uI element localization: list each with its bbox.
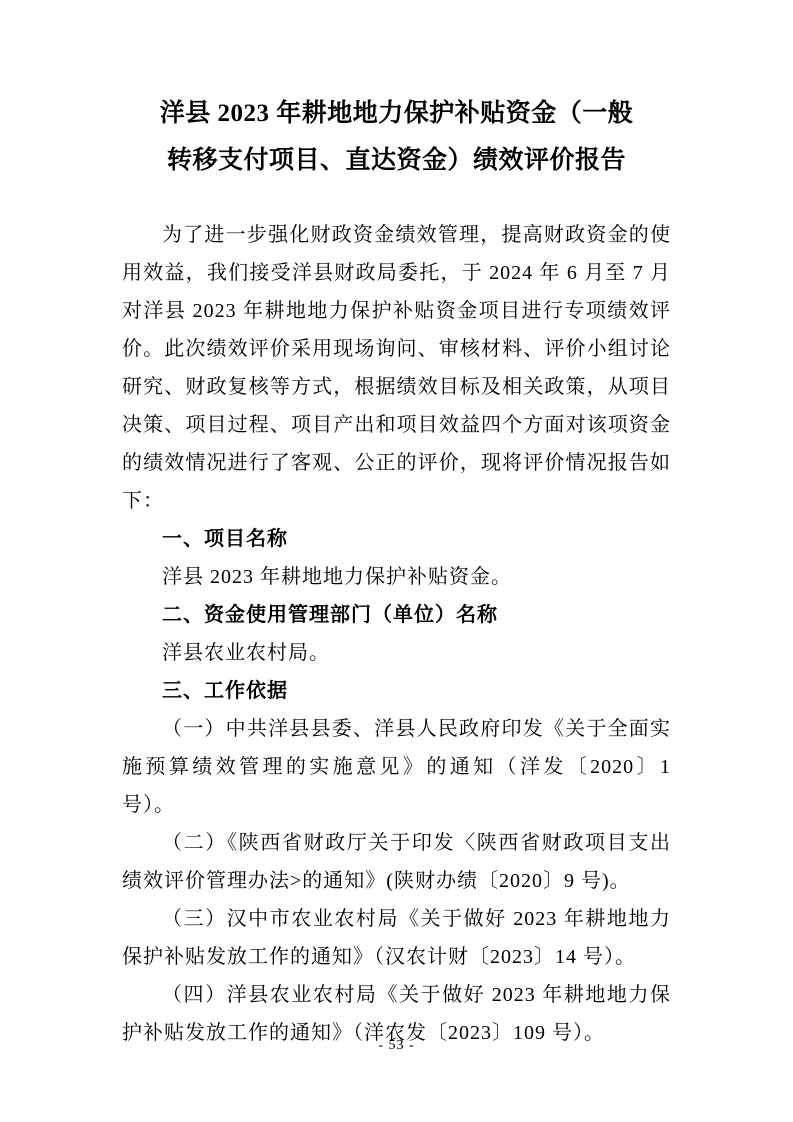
section-3-item-1: （一）中共洋县县委、洋县人民政府印发《关于全面实施预算绩效管理的实施意见》的通知… (122, 710, 671, 824)
document-body: 为了进一步强化财政资金绩效管理，提高财政资金的使用效益，我们接受洋县财政局委托，… (122, 216, 671, 1052)
section-2-paragraph: 洋县农业农村局。 (122, 634, 671, 672)
section-3-item-3: （三）汉中市农业农村局《关于做好 2023 年耕地地力保护补贴发放工作的通知》（… (122, 900, 671, 976)
intro-paragraph: 为了进一步强化财政资金绩效管理，提高财政资金的使用效益，我们接受洋县财政局委托，… (122, 216, 671, 520)
document-title-line-2: 转移支付项目、直达资金）绩效评价报告 (122, 137, 671, 184)
section-3-item-2: （二）《陕西省财政厅关于印发〈陕西省财政项目支出绩效评价管理办法>的通知》(陕财… (122, 824, 671, 900)
page-number: - 53 - (0, 1038, 793, 1054)
document-title-line-1: 洋县 2023 年耕地地力保护补贴资金（一般 (122, 90, 671, 137)
section-2-heading: 二、资金使用管理部门（单位）名称 (122, 596, 671, 634)
document-title: 洋县 2023 年耕地地力保护补贴资金（一般 转移支付项目、直达资金）绩效评价报… (122, 90, 671, 184)
section-1-heading: 一、项目名称 (122, 520, 671, 558)
document-page: 洋县 2023 年耕地地力保护补贴资金（一般 转移支付项目、直达资金）绩效评价报… (0, 0, 793, 1122)
section-3-heading: 三、工作依据 (122, 672, 671, 710)
section-1-paragraph: 洋县 2023 年耕地地力保护补贴资金。 (122, 558, 671, 596)
